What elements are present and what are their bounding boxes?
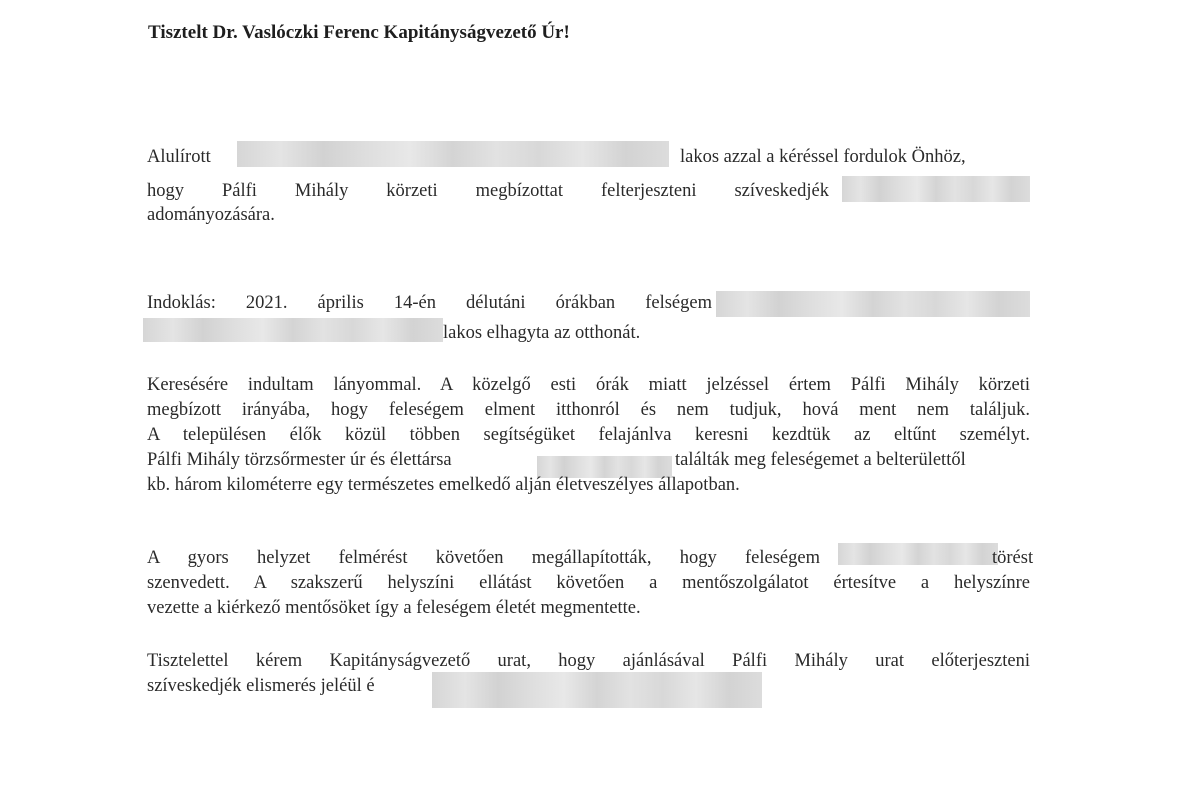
p3-line2: megbízott irányába, hogy feleségem elmen… xyxy=(147,399,1030,421)
p3-line1: Keresésére indultam lányommal. A közelgő… xyxy=(147,374,1030,396)
p1-line3: adományozására. xyxy=(147,204,275,226)
p1-line2: hogy Pálfi Mihály körzeti megbízottat fe… xyxy=(147,180,829,202)
p5-line1: Tisztelettel kérem Kapitányságvezető ura… xyxy=(147,650,1030,672)
p5-line2-start: szíveskedjék elismerés jeléül é xyxy=(147,675,375,697)
p4-line1-start: A gyors helyzet felmérést követően megál… xyxy=(147,547,820,569)
p3-line4-start: Pálfi Mihály törzsőrmester úr és élettár… xyxy=(147,449,452,471)
salutation: Tisztelt Dr. Vaslóczki Ferenc Kapitánysá… xyxy=(148,22,570,44)
p4-line2: szenvedett. A szakszerű helyszíni ellátá… xyxy=(147,572,1030,594)
redacted-award xyxy=(842,176,1030,202)
redacted-address-2 xyxy=(143,318,443,342)
p2-line1: Indoklás: 2021. április 14-én délutáni ó… xyxy=(147,292,712,314)
redacted-name xyxy=(716,291,1030,317)
redacted-closing xyxy=(432,672,762,708)
redacted-address xyxy=(237,141,669,167)
p1-line1-start: Alulírott xyxy=(147,146,211,168)
p1-line1-end: lakos azzal a kéréssel fordulok Önhöz, xyxy=(680,146,966,168)
p2-line2-end: lakos elhagyta az otthonát. xyxy=(443,322,640,344)
p3-line4-end: találták meg feleségemet a belterülettől xyxy=(675,449,966,471)
p4-line3: vezette a kiérkező mentősöket így a fele… xyxy=(147,597,641,619)
redacted-injury xyxy=(838,543,998,565)
p4-line1-end: törést xyxy=(992,547,1033,569)
p3-line5: kb. három kilométerre egy természetes em… xyxy=(147,474,740,496)
p3-line3: A településen élők közül többen segítség… xyxy=(147,424,1030,446)
